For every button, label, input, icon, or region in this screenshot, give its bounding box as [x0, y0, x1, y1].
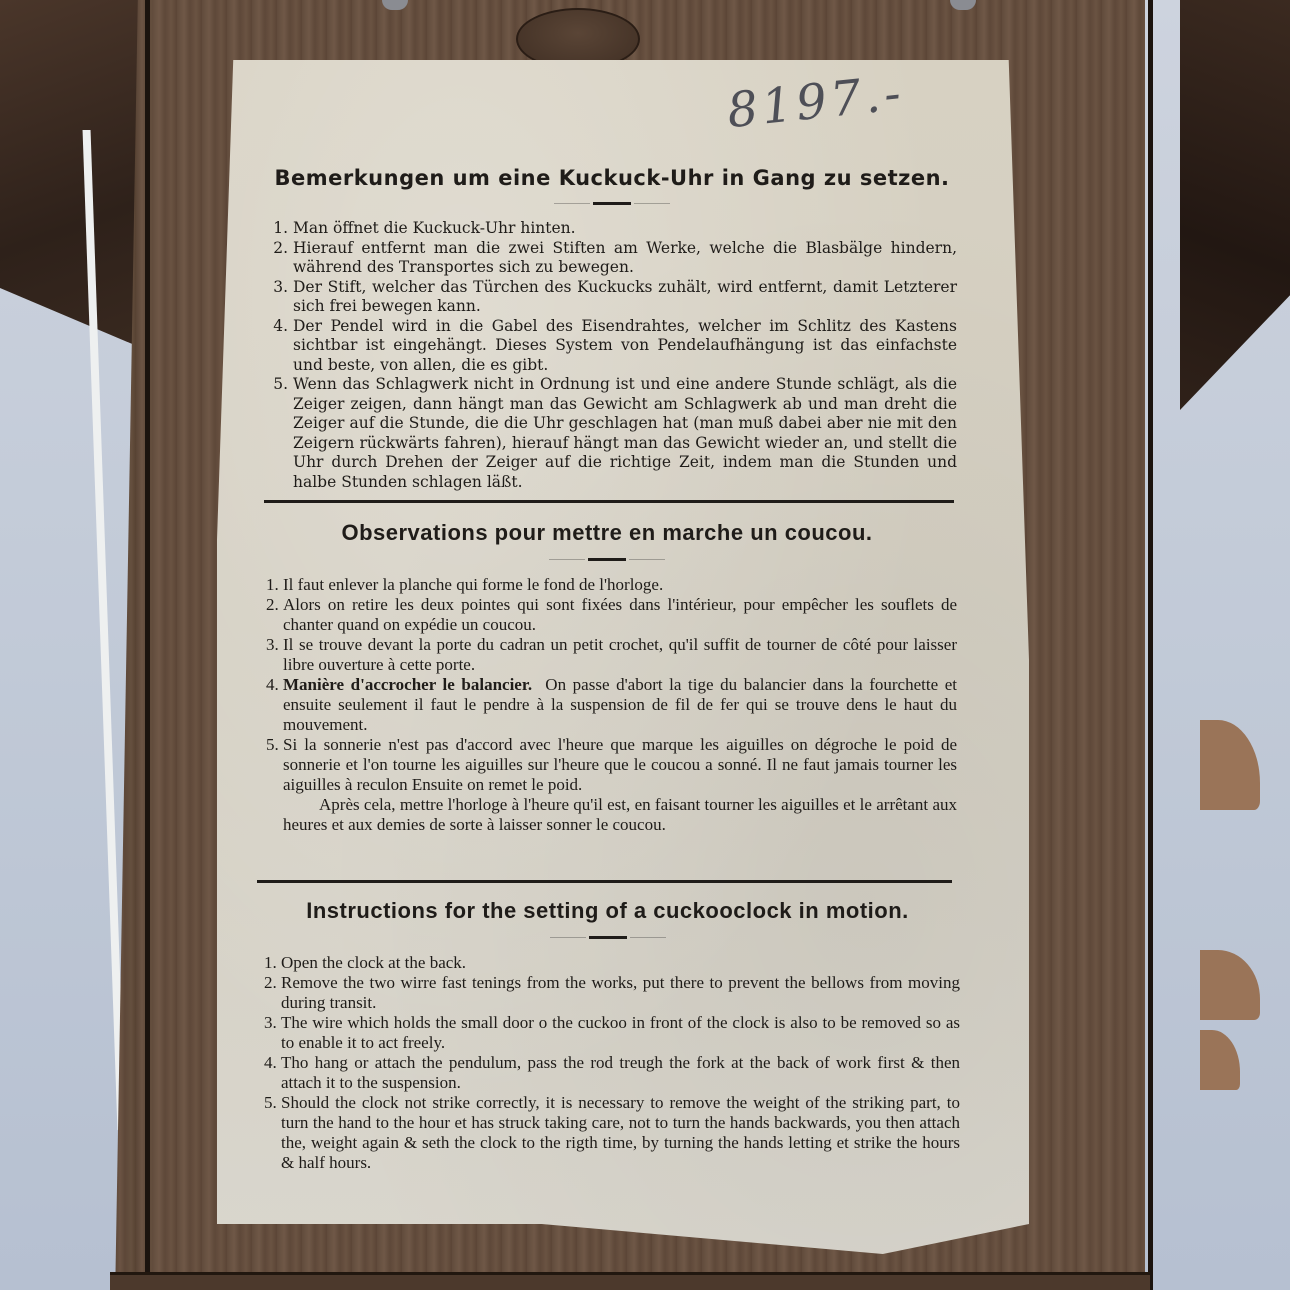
section-rule: [264, 500, 954, 503]
german-title: Bemerkungen um eine Kuckuck-Uhr in Gang …: [267, 166, 957, 190]
french-section: Observations pour mettre en marche un co…: [257, 520, 957, 835]
bottom-rail: [110, 1272, 1150, 1290]
list-item: Should the clock not strike correctly, i…: [281, 1093, 960, 1173]
instruction-sheet: 8197.- Bemerkungen um eine Kuckuck-Uhr i…: [217, 60, 1029, 1260]
german-list: Man öffnet die Kuckuck-Uhr hinten. Hiera…: [267, 219, 957, 492]
list-item: Alors on retire les deux pointes qui son…: [283, 595, 957, 635]
list-item: Man öffnet die Kuckuck-Uhr hinten.: [293, 219, 957, 239]
german-section: Bemerkungen um eine Kuckuck-Uhr in Gang …: [267, 166, 957, 492]
wood-seam: [1148, 0, 1153, 1290]
handwritten-number: 8197.-: [725, 65, 908, 139]
french-list: Il faut enlever la planche qui forme le …: [257, 575, 957, 795]
list-item: Der Stift, welcher das Türchen des Kucku…: [293, 278, 957, 317]
wood-seam: [145, 0, 150, 1290]
french-title: Observations pour mettre en marche un co…: [257, 520, 957, 546]
list-item: Il se trouve devant la porte du cadran u…: [283, 635, 957, 675]
english-list: Open the clock at the back. Remove the t…: [255, 953, 960, 1173]
english-title: Instructions for the setting of a cuckoo…: [255, 898, 960, 924]
title-divider: [589, 936, 627, 939]
title-divider: [593, 202, 631, 205]
list-item: Open the clock at the back.: [281, 953, 960, 973]
section-rule: [257, 880, 952, 883]
list-item: Wenn das Schlagwerk nicht in Ordnung ist…: [293, 375, 957, 492]
list-item: Tho hang or attach the pendulum, pass th…: [281, 1053, 960, 1093]
list-item: Il faut enlever la planche qui forme le …: [283, 575, 957, 595]
title-divider: [588, 558, 626, 561]
english-section: Instructions for the setting of a cuckoo…: [255, 898, 960, 1173]
list-item: Si la sonnerie n'est pas d'accord avec l…: [283, 735, 957, 795]
list-item: The wire which holds the small door o th…: [281, 1013, 960, 1053]
closing-paragraph: Après cela, mettre l'horloge à l'heure q…: [257, 795, 957, 835]
list-item: Remove the two wirre fast tenings from t…: [281, 973, 960, 1013]
list-item: Der Pendel wird in die Gabel des Eisendr…: [293, 317, 957, 376]
bold-lead: Manière d'accrocher le balancier.: [283, 675, 532, 694]
list-item: Hierauf entfernt man die zwei Stiften am…: [293, 239, 957, 278]
list-item: Manière d'accrocher le balancier. On pas…: [283, 675, 957, 735]
